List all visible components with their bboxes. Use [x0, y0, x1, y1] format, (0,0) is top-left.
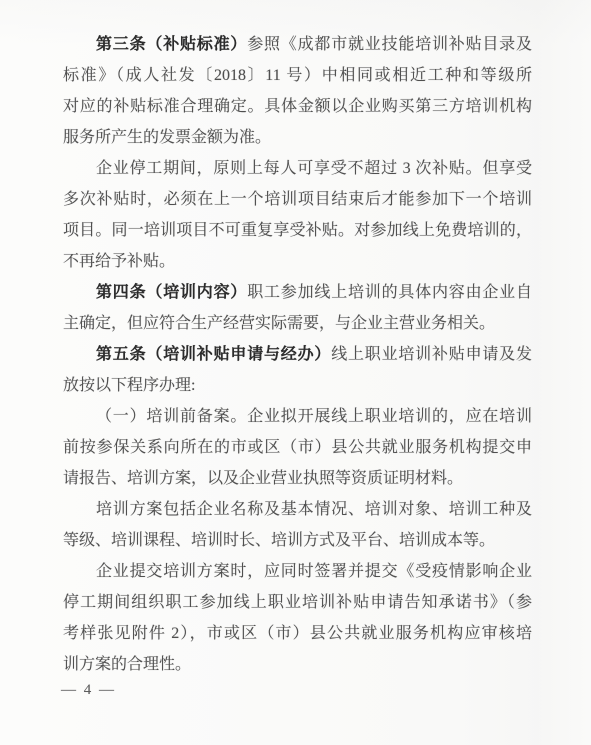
doc-line: 项目。同一培训项目不可重复享受补贴。对参加线上免费培训的，	[63, 215, 532, 246]
article-3-heading: 第三条（补贴标准）	[96, 36, 247, 53]
doc-line-text: 请报告、培训方案，以及企业营业执照等资质证明材料。	[63, 470, 463, 487]
doc-line: 请报告、培训方案，以及企业营业执照等资质证明材料。	[63, 463, 532, 494]
doc-line-text: 放按以下程序办理:	[63, 377, 195, 394]
doc-line-text: 训方案的合理性。	[63, 656, 191, 673]
doc-line: 训方案的合理性。	[63, 649, 532, 680]
doc-line: 等级、培训课程、培训时长、培训方式及平台、培训成本等。	[63, 525, 532, 556]
doc-line: （一）培训前备案。企业拟开展线上职业培训的，应在培训	[63, 401, 532, 432]
page-number: — 4 —	[61, 680, 116, 700]
doc-line: 企业提交培训方案时，应同时签署并提交《受疫情影响企业	[63, 556, 532, 587]
doc-line: 主确定，但应符合生产经营实际需要，与企业主营业务相关。	[63, 308, 532, 339]
doc-line-text: 参照《成都市就业技能培训补贴目录及	[247, 36, 532, 53]
paragraph-article-5: 第五条（培训补贴申请与经办）线上职业培训补贴申请及发 放按以下程序办理:	[63, 339, 532, 401]
doc-line-text: 项目。同一培训项目不可重复享受补贴。对参加线上免费培训的，	[63, 222, 532, 239]
paragraph-item-1-filing: （一）培训前备案。企业拟开展线上职业培训的，应在培训 前按参保关系向所在的市或区…	[63, 401, 532, 494]
doc-line: 放按以下程序办理:	[63, 370, 532, 401]
doc-line: 考样张见附件 2），市或区（市）县公共就业服务机构应审核培	[63, 618, 532, 649]
doc-line-text: （一）培训前备案。企业拟开展线上职业培训的，应在培训	[96, 408, 532, 425]
doc-line-text: 标准》（成人社发〔2018〕11 号）中相同或相近工种和等级所	[63, 67, 532, 84]
doc-line: 服务所产生的发票金额为准。	[63, 122, 532, 153]
doc-line: 对应的补贴标准合理确定。具体金额以企业购买第三方培训机构	[63, 91, 532, 122]
doc-line-text: 停工期间组织职工参加线上职业培训补贴申请告知承诺书》（参	[63, 594, 532, 611]
doc-line-text: 培训方案包括企业名称及基本情况、培训对象、培训工种及	[96, 501, 532, 518]
paragraph-article-4: 第四条（培训内容）职工参加线上培训的具体内容由企业自 主确定，但应符合生产经营实…	[63, 277, 532, 339]
doc-line: 前按参保关系向所在的市或区（市）县公共就业服务机构提交申	[63, 432, 532, 463]
article-4-heading: 第四条（培训内容）	[96, 284, 247, 301]
paragraph-article-3: 第三条（补贴标准）参照《成都市就业技能培训补贴目录及 标准》（成人社发〔2018…	[63, 29, 532, 153]
doc-line: 第五条（培训补贴申请与经办）线上职业培训补贴申请及发	[63, 339, 532, 370]
doc-line-text: 主确定，但应符合生产经营实际需要，与企业主营业务相关。	[63, 315, 495, 332]
doc-line: 第四条（培训内容）职工参加线上培训的具体内容由企业自	[63, 277, 532, 308]
doc-line-text: 不再给予补贴。	[63, 253, 175, 270]
doc-line: 企业停工期间，原则上每人可享受不超过 3 次补贴。但享受	[63, 153, 532, 184]
document-body: 第三条（补贴标准）参照《成都市就业技能培训补贴目录及 标准》（成人社发〔2018…	[63, 29, 532, 680]
doc-line-text: 考样张见附件 2），市或区（市）县公共就业服务机构应审核培	[63, 625, 532, 642]
doc-line-text: 等级、培训课程、培训时长、培训方式及平台、培训成本等。	[63, 532, 495, 549]
doc-line-text: 线上职业培训补贴申请及发	[331, 346, 532, 363]
paragraph-stoppage-rules: 企业停工期间，原则上每人可享受不超过 3 次补贴。但享受 多次补贴时，必须在上一…	[63, 153, 532, 277]
doc-line: 停工期间组织职工参加线上职业培训补贴申请告知承诺书》（参	[63, 587, 532, 618]
doc-line-text: 企业提交培训方案时，应同时签署并提交《受疫情影响企业	[96, 563, 532, 580]
paragraph-commitment-letter: 企业提交培训方案时，应同时签署并提交《受疫情影响企业 停工期间组织职工参加线上职…	[63, 556, 532, 680]
doc-line: 不再给予补贴。	[63, 246, 532, 277]
doc-line-text: 对应的补贴标准合理确定。具体金额以企业购买第三方培训机构	[63, 98, 532, 115]
article-5-heading: 第五条（培训补贴申请与经办）	[96, 346, 331, 363]
doc-line-text: 前按参保关系向所在的市或区（市）县公共就业服务机构提交申	[63, 439, 532, 456]
doc-line-text: 企业停工期间，原则上每人可享受不超过 3 次补贴。但享受	[96, 160, 532, 177]
doc-line: 培训方案包括企业名称及基本情况、培训对象、培训工种及	[63, 494, 532, 525]
paragraph-training-plan: 培训方案包括企业名称及基本情况、培训对象、培训工种及 等级、培训课程、培训时长、…	[63, 494, 532, 556]
doc-line: 标准》（成人社发〔2018〕11 号）中相同或相近工种和等级所	[63, 60, 532, 91]
doc-line-text: 服务所产生的发票金额为准。	[63, 129, 271, 146]
scanned-document-page: 第三条（补贴标准）参照《成都市就业技能培训补贴目录及 标准》（成人社发〔2018…	[0, 0, 591, 745]
doc-line-text: 职工参加线上培训的具体内容由企业自	[247, 284, 532, 301]
doc-line-text: 多次补贴时，必须在上一个培训项目结束后才能参加下一个培训	[63, 191, 532, 208]
doc-line: 第三条（补贴标准）参照《成都市就业技能培训补贴目录及	[63, 29, 532, 60]
doc-line: 多次补贴时，必须在上一个培训项目结束后才能参加下一个培训	[63, 184, 532, 215]
